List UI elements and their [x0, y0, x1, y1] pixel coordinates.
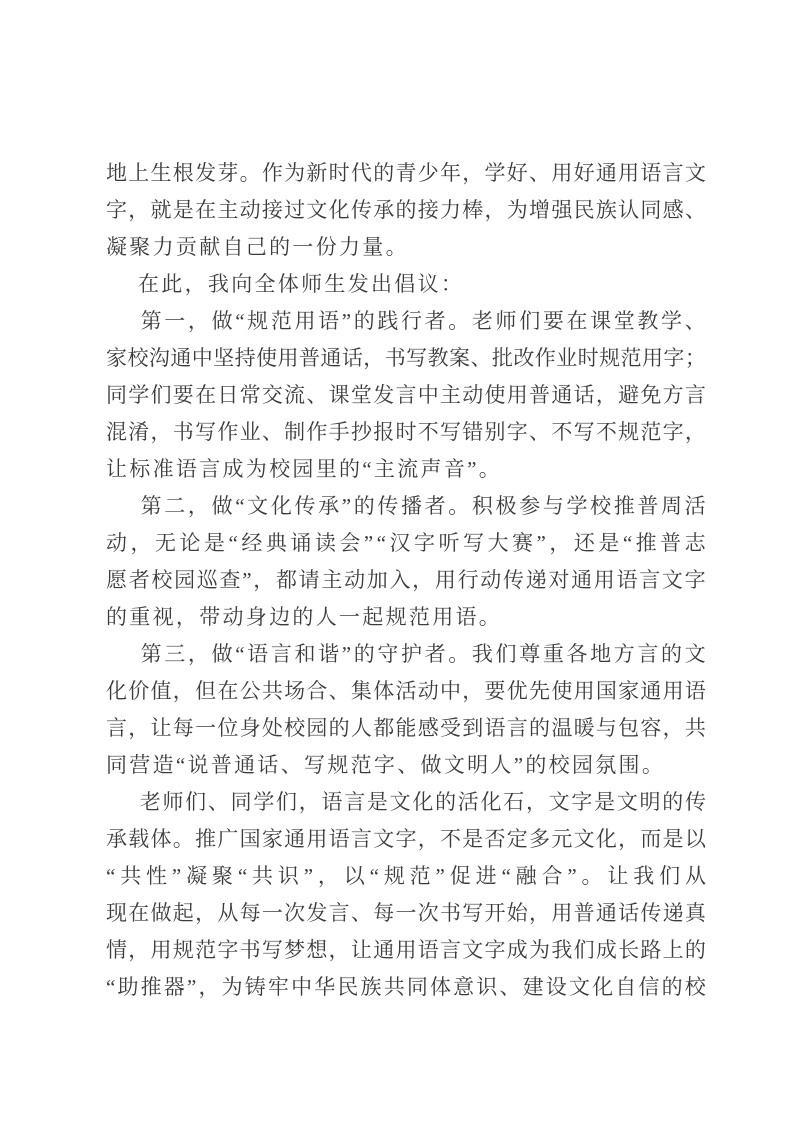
- text-line: 情，用规范字书写梦想，让通用语言文字成为我们成长路上的: [106, 932, 706, 969]
- text-line: 第二，做“文化传承”的传播者。积极参与学校推普周活: [106, 488, 706, 525]
- document-body: 地上生根发芽。作为新时代的青少年，学好、用好通用语言文字，就是在主动接过文化传承…: [106, 155, 706, 1006]
- first-line-indent: [106, 488, 138, 525]
- text-line: 同营造“说普通话、写规范字、做文明人”的校园氛围。: [106, 747, 706, 784]
- text-line: 字，就是在主动接过文化传承的接力棒，为增强民族认同感、: [106, 192, 706, 229]
- text-line: 的重视，带动身边的人一起规范用语。: [106, 599, 706, 636]
- text-line: 地上生根发芽。作为新时代的青少年，学好、用好通用语言文: [106, 155, 706, 192]
- text-line: 在此，我向全体师生发出倡议：: [106, 266, 706, 303]
- text-line: 混淆，书写作业、制作手抄报时不写错别字、不写不规范字，: [106, 414, 706, 451]
- text-line: 动，无论是“经典诵读会”“汉字听写大赛”，还是“推普志: [106, 525, 706, 562]
- text-line: “助推器”，为铸牢中华民族共同体意识、建设文化自信的校: [106, 969, 706, 1006]
- text-line: 老师们、同学们，语言是文化的活化石，文字是文明的传: [106, 784, 706, 821]
- text-line: 家校沟通中坚持使用普通话，书写教案、批改作业时规范用字；: [106, 340, 706, 377]
- text-line: 愿者校园巡查”，都请主动加入，用行动传递对通用语言文字: [106, 562, 706, 599]
- text-line: 凝聚力贡献自己的一份力量。: [106, 229, 706, 266]
- text-line: 第三，做“语言和谐”的守护者。我们尊重各地方言的文: [106, 636, 706, 673]
- text-line: 化价值，但在公共场合、集体活动中，要优先使用国家通用语: [106, 673, 706, 710]
- text-line: 第一，做“规范用语”的践行者。老师们要在课堂教学、: [106, 303, 706, 340]
- first-line-indent: [106, 636, 138, 673]
- first-line-indent: [106, 303, 138, 340]
- text-line: 承载体。推广国家通用语言文字，不是否定多元文化，而是以: [106, 821, 706, 858]
- first-line-indent: [106, 784, 138, 821]
- text-line: 现在做起，从每一次发言、每一次书写开始，用普通话传递真: [106, 895, 706, 932]
- text-line: 言，让每一位身处校园的人都能感受到语言的温暖与包容，共: [106, 710, 706, 747]
- text-line: 让标准语言成为校园里的“主流声音”。: [106, 451, 706, 488]
- document-page: 地上生根发芽。作为新时代的青少年，学好、用好通用语言文字，就是在主动接过文化传承…: [0, 0, 793, 1122]
- text-line: “共性”凝聚“共识”，以“规范”促进“融合”。让我们从: [106, 858, 706, 895]
- text-line: 同学们要在日常交流、课堂发言中主动使用普通话，避免方言: [106, 377, 706, 414]
